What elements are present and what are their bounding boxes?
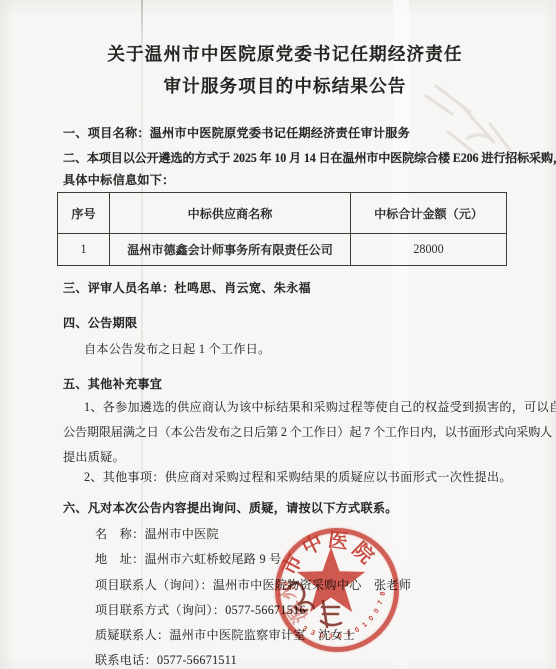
seal-arc-char: 医 [327, 530, 350, 553]
section-5-para1-line2: 公告期限届满之日（本公告发布之日后第 2 个工作日）起 7 个工作日内，以书面形… [63, 423, 552, 440]
document-title: 关于温州市中医院原党委书记任期经济责任 审计服务项目的中标结果公告 [0, 38, 556, 102]
seal-arc-char: 院 [348, 539, 376, 567]
seal-arc-char: 市 [279, 552, 306, 579]
section-2-procurement-line: 二、本项目以公开遴选的方式于 2025 年 10 月 14 日在温州市中医院综合… [63, 149, 556, 166]
seal-serial-digit: 0 [368, 615, 376, 623]
seal-serial-digit: 7 [377, 600, 385, 606]
contact-project-person-line: 项目联系人（询问）：温州市中医院物资采购中心 张老师 [95, 576, 411, 593]
title-line-2: 审计服务项目的中标结果公告 [163, 76, 406, 96]
section-5-heading: 五、其他补充事宜 [63, 375, 162, 392]
cell-amount: 28000 [351, 234, 507, 266]
section-5-para1-line1: 1、各参加遴选的供应商认为该中标结果和采购过程等使自己的权益受到损害的，可以自本 [84, 398, 556, 415]
table-header-row: 序号 中标供应商名称 中标合计金额（元） [58, 193, 507, 234]
header-supplier: 中标供应商名称 [110, 193, 351, 234]
contact-project-phone-line: 项目联系方式（询问）：0577-56671516 [95, 601, 306, 618]
seal-serial-digit: 1 [361, 621, 368, 629]
title-line-1: 关于温州市中医院原党委书记任期经济责任 [107, 44, 462, 64]
section-1-project-name: 一、项目名称：温州市中医院原党委书记任期经济责任审计服务 [63, 124, 410, 141]
cell-index: 1 [58, 234, 110, 266]
section-5-para2: 2、其他事项：供应商对采购过程和采购结果的质疑应以书面形式一次性提出。 [84, 468, 512, 485]
contact-name-line: 名 称：温州市中医院 [95, 525, 219, 542]
contact-address-line: 地 址：温州市六虹桥蛟尾路 9 号 [95, 550, 282, 567]
section-3-reviewers: 三、评审人员名单：杜鸣思、肖云宽、朱永福 [63, 279, 311, 296]
section-5-para1-line3: 提出质疑。 [63, 448, 125, 465]
section-2-continuation: 具体中标信息如下： [63, 171, 175, 188]
header-index: 序号 [58, 193, 110, 234]
contact-phone-line: 联系电话：0577-56671511 [95, 651, 237, 668]
section-4-body: 自本公告发布之日起 1 个工作日。 [84, 340, 271, 357]
section-6-heading: 六、凡对本次公告内容提出询问、质疑，请按以下方式联系。 [63, 499, 398, 516]
seal-serial-digit: 0 [373, 608, 381, 615]
bid-result-table: 序号 中标供应商名称 中标合计金额（元） 1 温州市德鑫会计师事务所有限责任公司… [57, 192, 507, 266]
contact-challenge-person-line: 质疑联系人：温州市中医院监察审计室 沈女士 [95, 626, 355, 643]
header-amount: 中标合计金额（元） [351, 193, 507, 234]
scanned-announcement-page: 关于温州市中医院原党委书记任期经济责任 审计服务项目的中标结果公告 一、项目名称… [0, 0, 556, 669]
seal-arc-char: 中 [299, 532, 326, 559]
table-row: 1 温州市德鑫会计师事务所有限责任公司 28000 [58, 234, 507, 266]
cell-supplier: 温州市德鑫会计师事务所有限责任公司 [110, 234, 351, 266]
section-4-heading: 四、公告期限 [63, 314, 137, 331]
